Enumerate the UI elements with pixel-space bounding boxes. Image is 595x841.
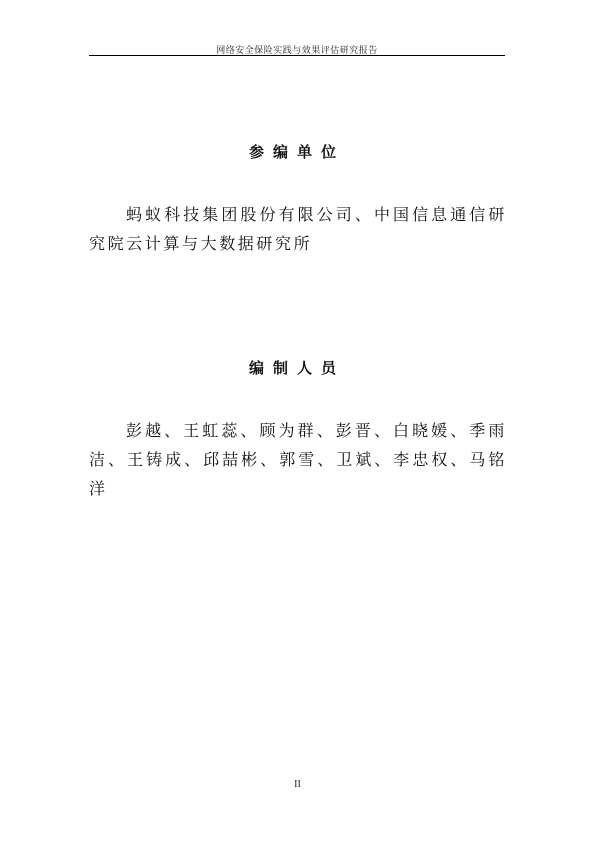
contributing-units-text: 蚂蚁科技集团股份有限公司、中国信息通信研究院云计算与大数据研究所 (89, 200, 507, 258)
page-header: 网络安全保险实践与效果评估研究报告 (89, 38, 505, 56)
page-number: II (0, 779, 595, 791)
section-heading-editorial-staff: 编制人员 (89, 358, 505, 378)
report-title: 网络安全保险实践与效果评估研究报告 (216, 46, 378, 56)
section-heading-contributing-units: 参编单位 (89, 142, 505, 162)
editorial-staff-text: 彭越、王虹蕊、顾为群、彭晋、白晓媛、季雨洁、王铸成、邱喆彬、郭雪、卫斌、李忠权、… (89, 416, 507, 503)
